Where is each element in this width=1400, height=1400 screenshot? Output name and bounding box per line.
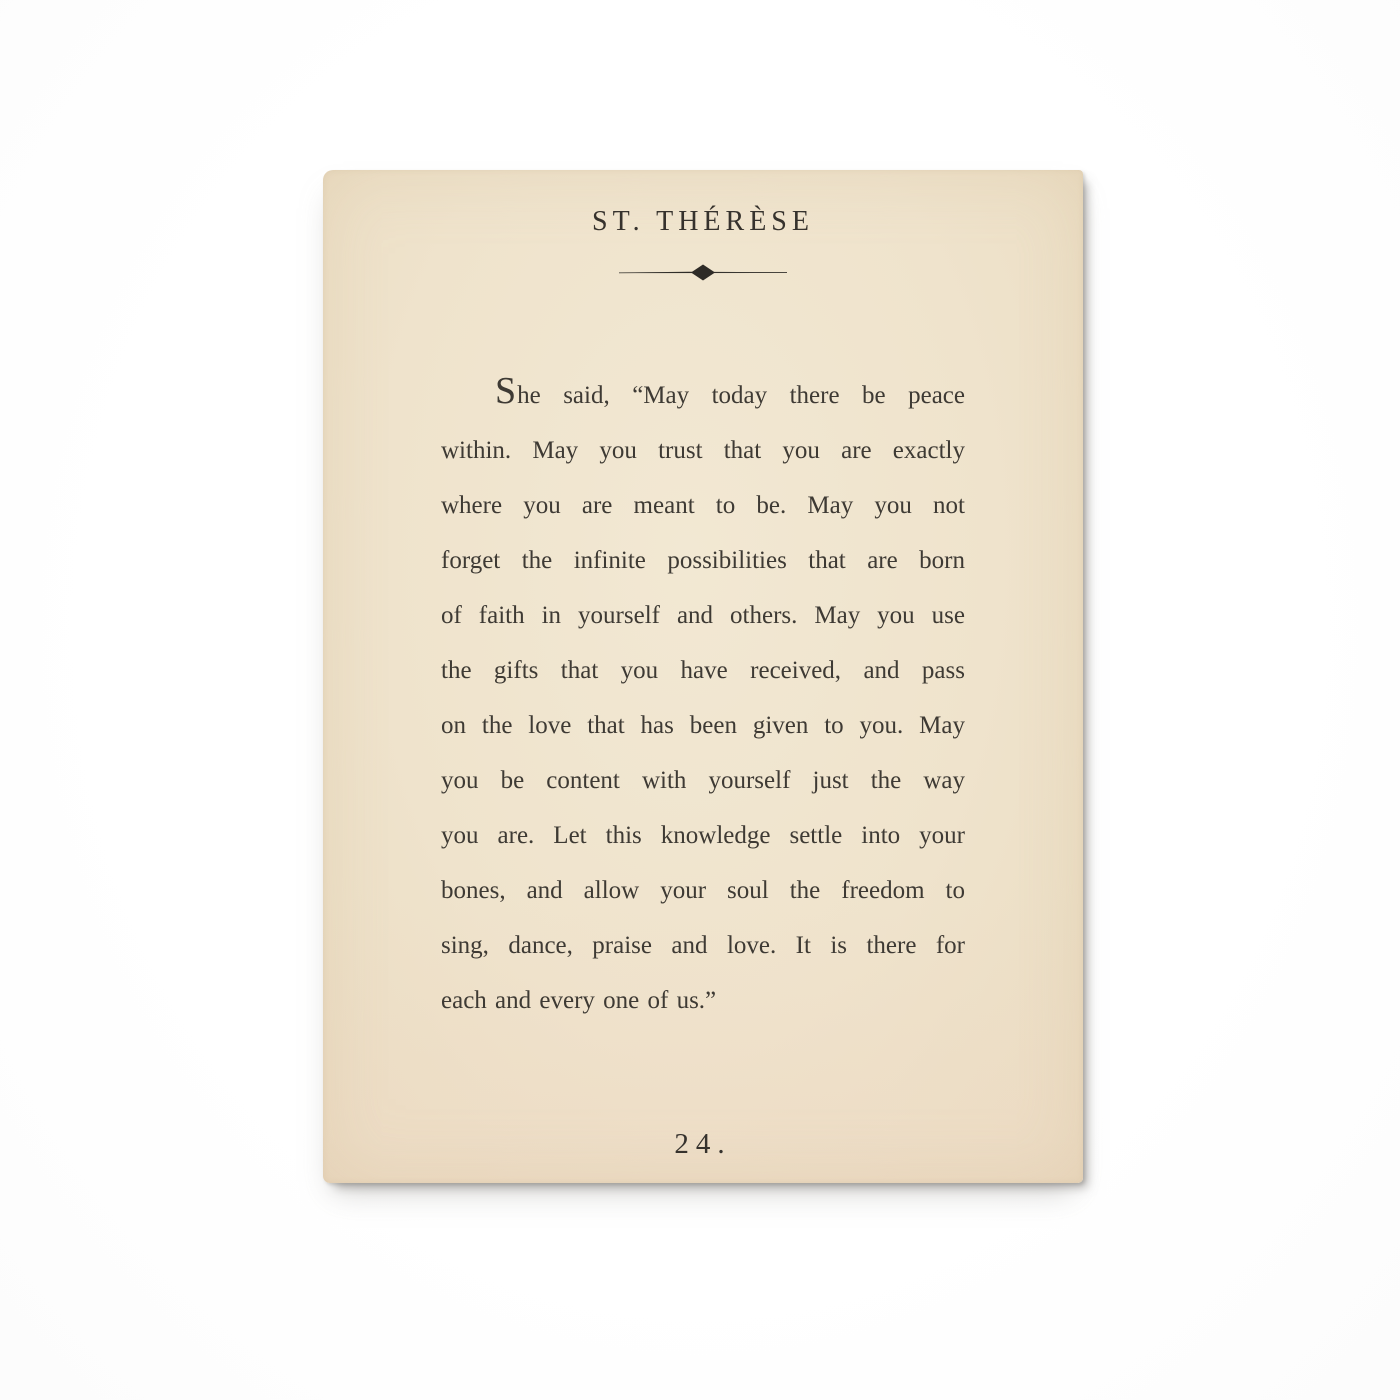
photo-background: ST. THÉRÈSE She said, “May today there b… xyxy=(0,0,1400,1400)
book-page: ST. THÉRÈSE She said, “May today there b… xyxy=(323,170,1083,1183)
quote-text: She said, “May today there be peace with… xyxy=(441,368,965,1028)
quote-line: you be content with yourself just the wa… xyxy=(441,753,965,808)
page-title: ST. THÉRÈSE xyxy=(323,206,1083,238)
drop-cap: S xyxy=(495,370,517,412)
quote-line: of faith in yourself and others. May you… xyxy=(441,588,965,643)
quote-line-text: he said, “May today there be peace xyxy=(517,382,965,409)
quote-line: the gifts that you have received, and pa… xyxy=(441,643,965,698)
quote-line: on the love that has been given to you. … xyxy=(441,698,965,753)
quote-line: She said, “May today there be peace xyxy=(441,368,965,423)
quote-line: forget the infinite possibilities that a… xyxy=(441,533,965,588)
quote-line: you are. Let this knowledge settle into … xyxy=(441,808,965,863)
quote-line: bones, and allow your soul the freedom t… xyxy=(441,863,965,918)
diamond-divider-icon xyxy=(323,260,1083,289)
quote-line: each and every one of us.” xyxy=(441,973,965,1028)
quote-line: sing, dance, praise and love. It is ther… xyxy=(441,918,965,973)
quote-line: within. May you trust that you are exact… xyxy=(441,423,965,478)
page-number: 24. xyxy=(323,1128,1083,1161)
quote-line: where you are meant to be. May you not xyxy=(441,478,965,533)
